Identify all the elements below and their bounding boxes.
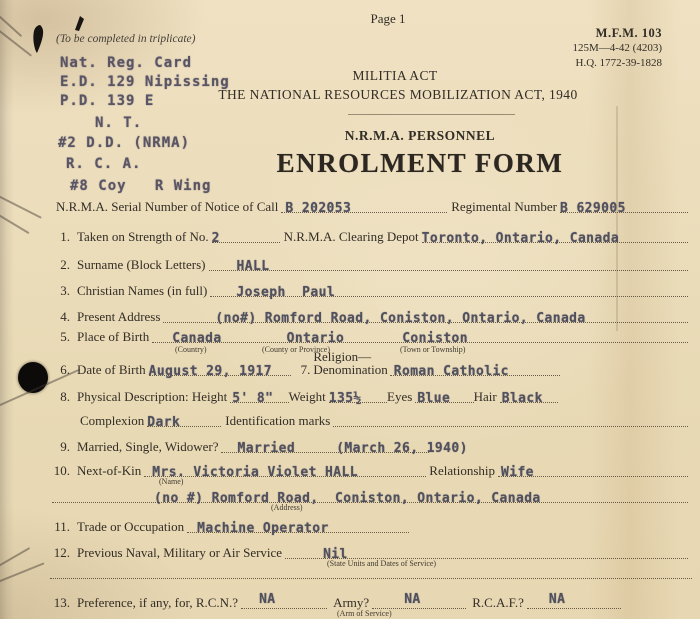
marital-status-label: Married, Single, Widower? — [77, 440, 221, 453]
stamp-unit-corps: R. C. A. — [66, 157, 141, 171]
trade-occupation-value: Machine Operator — [197, 522, 329, 535]
surname-label: Surname (Block Letters) — [77, 258, 209, 271]
call-number-value: B 202053 — [285, 202, 351, 215]
item-number: 8. — [44, 390, 77, 403]
next-of-kin-label: Next-of-Kin — [77, 464, 144, 477]
clearing-depot-leader: Toronto, Ontario, Canada — [422, 229, 688, 243]
weight-value: 135½ — [329, 392, 362, 405]
form-row-complexion: Complexion Dark Identification marks — [44, 410, 688, 427]
item-number: 2. — [44, 258, 77, 271]
militia-act-title: MILITIA ACT — [90, 69, 700, 83]
identification-marks-leader — [333, 426, 688, 427]
item-number: 7. — [291, 363, 314, 376]
regimental-number-value: B 629005 — [560, 202, 626, 215]
page-number: Page 1 — [76, 12, 700, 25]
form-row-christian-names: 3. Christian Names (in full) Joseph Paul — [44, 280, 688, 297]
print-code: 125M—4-42 (4203) — [572, 41, 662, 56]
enrolment-form-scan: Page 1 M.F.M. 103 125M—4-42 (4203) H.Q. … — [0, 0, 700, 619]
previous-service-label: Previous Naval, Military or Air Service — [77, 546, 285, 559]
form-row-physical-description: 8. Physical Description: Height 5' 8" We… — [44, 386, 688, 403]
relationship-value: Wife — [501, 466, 534, 479]
rcaf-value: NA — [549, 593, 565, 606]
form-title: ENROLMENT FORM — [140, 150, 700, 177]
eyes-value: Blue — [417, 392, 450, 405]
religion-label-line2: Denomination — [313, 364, 387, 377]
rcn-preference-label: Preference, if any, for, R.C.N.? — [77, 596, 241, 609]
hair-leader: Black — [500, 389, 558, 403]
complexion-leader: Dark — [147, 413, 221, 427]
relationship-leader: Wife — [498, 463, 688, 477]
form-row-next-of-kin-address: (no #) Romford Road, Coniston, Ontario, … — [44, 486, 688, 503]
trade-occupation-label: Trade or Occupation — [77, 520, 187, 533]
weight-leader: 135½ — [329, 389, 387, 403]
item-number: 3. — [44, 284, 77, 297]
depot-number-leader: 2 — [212, 229, 280, 243]
continuation-dotted-line — [50, 562, 692, 579]
item-number: 1. — [44, 230, 77, 243]
form-row-service-preference: 13. Preference, if any, for, R.C.N.? NA … — [44, 592, 688, 609]
taken-on-strength-label: Taken on Strength of No. — [77, 230, 212, 243]
next-of-kin-address-leader: (no #) Romford Road, Coniston, Ontario, … — [52, 489, 688, 503]
stamp-unit-company: #8 Coy R Wing — [70, 179, 211, 193]
marital-status-leader: Married (March 26, 1940) — [221, 439, 429, 453]
christian-names-label: Christian Names (in full) — [77, 284, 210, 297]
form-row-place-of-birth: 5. Place of Birth Canada Ontario Conisto… — [44, 326, 688, 343]
call-number-label: N.R.M.A. Serial Number of Notice of Call — [56, 200, 281, 213]
form-row-present-address: 4. Present Address (no#) Romford Road, C… — [44, 306, 688, 323]
item-number: 4. — [44, 310, 77, 323]
regimental-number-label: Regimental Number — [447, 200, 560, 213]
name-caption: (Name) — [159, 478, 183, 486]
stamp-nat-reg-card: Nat. Reg. Card — [60, 56, 192, 70]
clearing-depot-label: N.R.M.A. Clearing Depot — [280, 230, 422, 243]
regimental-number-leader: B 629005 — [560, 199, 688, 213]
form-row-birth-religion: 6. Date of Birth August 29, 1917 7. Reli… — [44, 352, 688, 376]
rcaf-label: R.C.A.F.? — [466, 596, 527, 609]
pencil-scratch — [0, 195, 42, 218]
identification-marks-label: Identification marks — [221, 414, 333, 427]
triplicate-note: (To be completed in triplicate) — [56, 34, 195, 46]
mobilization-act-title: THE NATIONAL RESOURCES MOBILIZATION ACT,… — [96, 88, 700, 102]
form-row-surname: 2. Surname (Block Letters) HALL — [44, 254, 688, 271]
form-row-next-of-kin: 10. Next-of-Kin Mrs. Victoria Violet HAL… — [44, 460, 688, 477]
ink-blot-icon — [28, 24, 46, 56]
continuation-leader — [50, 578, 692, 579]
clearing-depot-value: Toronto, Ontario, Canada — [422, 232, 619, 245]
form-codes: M.F.M. 103 125M—4-42 (4203) H.Q. 1772-39… — [572, 26, 662, 71]
present-address-leader: (no#) Romford Road, Coniston, Ontario, C… — [163, 309, 688, 323]
previous-service-leader: Nil — [285, 545, 688, 559]
item-number: 10. — [44, 464, 77, 477]
birth-country-value: Canada — [172, 332, 221, 345]
religion-leader: Roman Catholic — [390, 362, 560, 376]
army-label: Army? — [327, 596, 372, 609]
eyes-label: Eyes — [387, 390, 415, 403]
birth-province-value: Ontario — [287, 332, 345, 345]
surname-value: HALL — [237, 260, 270, 273]
hair-value: Black — [502, 392, 543, 405]
next-of-kin-address-value: (no #) Romford Road, Coniston, Ontario, … — [154, 492, 541, 505]
pencil-scratch — [0, 212, 30, 234]
rcn-value: NA — [259, 593, 275, 606]
rcaf-leader: NA — [527, 595, 621, 609]
present-address-label: Present Address — [77, 310, 163, 323]
item-number: 11. — [44, 520, 77, 533]
stamp-nt: N. T. — [95, 116, 142, 130]
marital-status-value: Married (March 26, 1940) — [237, 442, 467, 455]
form-row-marital-status: 9. Married, Single, Widower? Married (Ma… — [44, 436, 688, 453]
birth-town-value: Coniston — [402, 332, 468, 345]
christian-names-leader: Joseph Paul — [210, 283, 688, 297]
religion-value: Roman Catholic — [394, 365, 509, 378]
pencil-scratch — [0, 547, 30, 566]
hair-label: Hair — [474, 390, 500, 403]
stray-rule — [348, 114, 515, 115]
height-value: 5' 8" — [232, 392, 273, 405]
item-number: 5. — [44, 330, 77, 343]
height-leader: 5' 8" — [230, 389, 288, 403]
complexion-value: Dark — [147, 416, 180, 429]
depot-number-value: 2 — [212, 232, 220, 245]
trade-occupation-leader: Machine Operator — [187, 519, 409, 533]
date-of-birth-label: Date of Birth — [77, 363, 149, 376]
religion-label: Religion— Denomination — [313, 351, 389, 376]
place-of-birth-label: Place of Birth — [77, 330, 152, 343]
present-address-value: (no#) Romford Road, Coniston, Ontario, C… — [215, 312, 585, 325]
arm-of-service-caption: (Arm of Service) — [337, 610, 392, 618]
christian-names-value: Joseph Paul — [236, 286, 335, 299]
form-number: M.F.M. 103 — [572, 26, 662, 41]
rcn-leader: NA — [241, 595, 327, 609]
address-caption: (Address) — [271, 504, 303, 512]
serial-number-row: N.R.M.A. Serial Number of Notice of Call… — [56, 196, 688, 213]
form-row-trade-occupation: 11. Trade or Occupation Machine Operator — [44, 516, 688, 533]
eyes-leader: Blue — [415, 389, 473, 403]
item-number: 9. — [44, 440, 77, 453]
date-of-birth-value: August 29, 1917 — [149, 365, 272, 378]
item-number: 12. — [44, 546, 77, 559]
army-leader: NA — [372, 595, 466, 609]
pencil-scratch — [0, 562, 44, 583]
army-value: NA — [404, 593, 420, 606]
form-row-taken-on-strength: 1. Taken on Strength of No. 2 N.R.M.A. C… — [44, 226, 688, 243]
complexion-label: Complexion — [80, 414, 147, 427]
place-of-birth-leader: Canada Ontario Coniston — [152, 329, 688, 343]
call-number-leader: B 202053 — [281, 199, 447, 213]
height-label: Physical Description: Height — [77, 390, 230, 403]
personnel-heading: N.R.M.A. PERSONNEL — [140, 129, 700, 143]
surname-leader: HALL — [209, 257, 688, 271]
relationship-label: Relationship — [426, 464, 498, 477]
next-of-kin-name-leader: Mrs. Victoria Violet HALL — [144, 463, 426, 477]
weight-label: Weight — [289, 390, 329, 403]
item-number: 13. — [44, 596, 77, 609]
date-of-birth-leader: August 29, 1917 — [149, 362, 291, 376]
item-number: 6. — [44, 363, 77, 376]
form-row-previous-service: 12. Previous Naval, Military or Air Serv… — [44, 542, 688, 559]
